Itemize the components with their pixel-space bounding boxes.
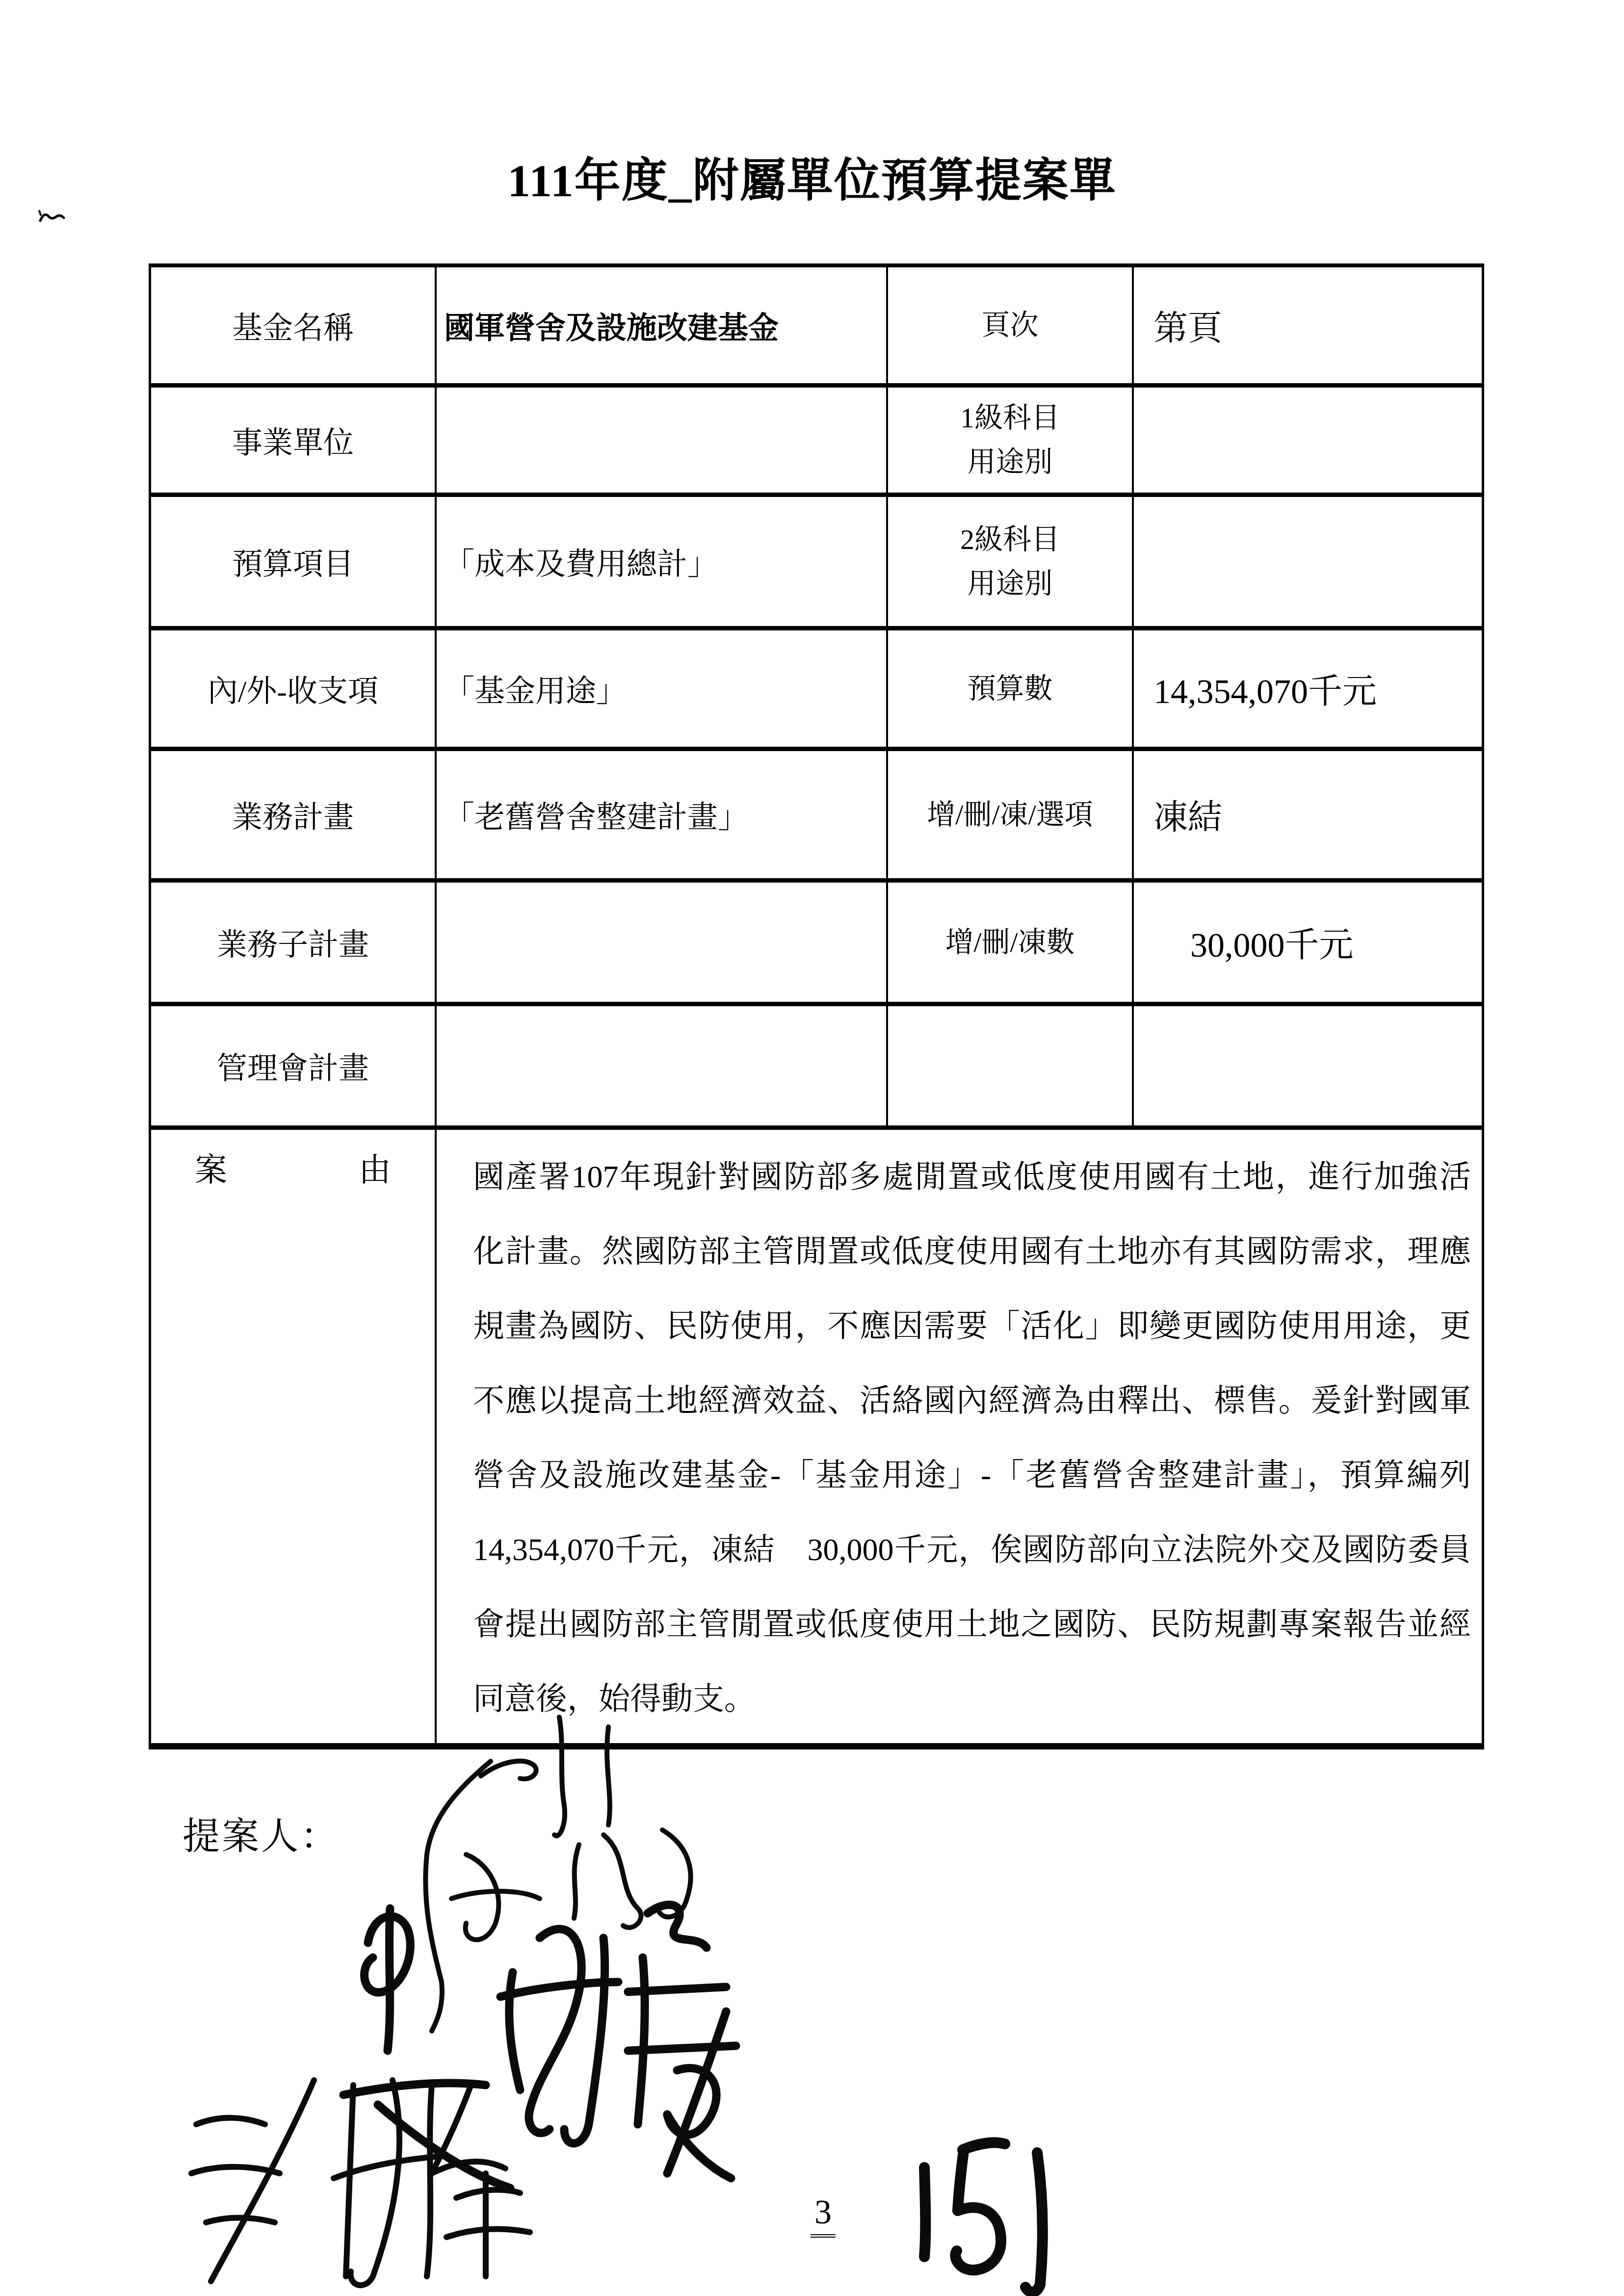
budget-amount-value: 14,354,070千元: [1134, 630, 1482, 751]
cell-text: 「成本及費用總計」: [444, 540, 718, 583]
scanned-budget-proposal-form: 111年度_附屬單位預算提案單 基金名稱 國軍營舍及設施改建基金 頁次 第頁 事…: [0, 0, 1624, 2296]
level1-subject-value: [1134, 388, 1482, 497]
field-line2: 用途別: [967, 562, 1052, 606]
page-number: 3: [811, 2193, 836, 2238]
empty-field-label: [888, 1006, 1134, 1130]
cell-text: 凍結: [1153, 790, 1222, 839]
field-line1: 2級科目: [960, 518, 1060, 562]
case-line: 營舍及設施改建基金-「基金用途」-「老舊營舍整建計畫」，預算編列: [473, 1438, 1471, 1513]
field-line1: 增/刪/凍/選項: [927, 793, 1093, 837]
management-plan-label: 管理會計畫: [151, 1006, 437, 1130]
case-line: 會提出國防部主管閒置或低度使用土地之國防、民防規劃專案報告並經: [473, 1587, 1471, 1662]
budget-item-value: 「成本及費用總計」: [437, 497, 888, 630]
level1-subject-label: 1級科目 用途別: [888, 388, 1134, 497]
field-line1: 1級科目: [960, 396, 1060, 440]
case-reason-text: 國產署107年現針對國防部多處閒置或低度使用國有土地，進行加強活 化計畫。然國防…: [437, 1130, 1482, 1743]
freeze-count-label: 增/刪/凍數: [888, 883, 1134, 1006]
scan-speck-icon: [38, 205, 70, 227]
field-line1: 頁次: [981, 303, 1038, 347]
cell-text: 國軍營舍及設施改建基金: [444, 304, 779, 347]
cell-text: 案由: [195, 1144, 391, 1190]
in-out-item-value: 「基金用途」: [437, 630, 888, 751]
cell-text: 預算項目: [232, 540, 354, 583]
business-unit-value: [437, 388, 888, 497]
field-line2: 用途別: [967, 440, 1052, 484]
empty-field-value: [1134, 1006, 1482, 1130]
case-line: 化計畫。然國防部主管閒置或低度使用國有土地亦有其國防需求，理應: [473, 1214, 1471, 1289]
business-subplan-value: [437, 883, 888, 1006]
proposer-signatures: [147, 1693, 834, 2296]
case-line: 14,354,070千元，凍結 30,000千元，俟國防部向立法院外交及國防委員: [473, 1513, 1471, 1587]
cell-text: 14,354,070千元: [1153, 664, 1377, 713]
case-reason-label: 案由: [151, 1130, 437, 1743]
budget-table: 基金名稱 國軍營舍及設施改建基金 頁次 第頁 事業單位 1級科目 用途別 預算項…: [149, 263, 1484, 1749]
business-subplan-label: 業務子計畫: [151, 883, 437, 1006]
page-field-label: 頁次: [888, 267, 1134, 388]
fund-name-label: 基金名稱: [151, 267, 437, 388]
level2-subject-value: [1134, 497, 1482, 630]
level2-subject-label: 2級科目 用途別: [888, 497, 1134, 630]
field-line1: 預算數: [967, 667, 1052, 711]
cell-text: 基金名稱: [232, 304, 354, 347]
cell-text: 業務計畫: [232, 793, 354, 836]
cell-text: 「基金用途」: [444, 667, 627, 710]
cell-text: 管理會計畫: [217, 1044, 369, 1088]
field-line1: 增/刪/凍數: [945, 920, 1074, 965]
cell-text: 第頁: [1153, 301, 1222, 350]
case-line: 規畫為國防、民防使用，不應因需要「活化」即變更國防使用用途，更: [473, 1289, 1471, 1363]
page-title: 111年度_附屬單位預算提案單: [0, 143, 1624, 209]
management-plan-value: [437, 1006, 888, 1130]
case-line: 不應以提高土地經濟效益、活絡國內經濟為由釋出、標售。爰針對國軍: [473, 1363, 1471, 1438]
freeze-count-value: 30,000千元: [1134, 883, 1482, 1006]
cell-text: 30,000千元: [1190, 917, 1354, 967]
cell-text: 事業單位: [232, 418, 354, 462]
cell-text: 內/外-收支項: [208, 667, 378, 710]
signature-2: [343, 1905, 736, 2188]
page-field-value: 第頁: [1134, 267, 1482, 388]
business-plan-value: 「老舊營舍整建計畫」: [437, 751, 888, 883]
handwritten-number-151: 151: [911, 2137, 1058, 2296]
in-out-item-label: 內/外-收支項: [151, 630, 437, 751]
cell-text: 業務子計畫: [217, 920, 369, 964]
add-delete-freeze-option-label: 增/刪/凍/選項: [888, 751, 1134, 883]
business-unit-label: 事業單位: [151, 388, 437, 497]
fund-name-value: 國軍營舍及設施改建基金: [437, 267, 888, 388]
add-delete-freeze-option-value: 凍結: [1134, 751, 1482, 883]
signature-3: [191, 2080, 530, 2285]
budget-item-label: 預算項目: [151, 497, 437, 630]
business-plan-label: 業務計畫: [151, 751, 437, 883]
cell-text: 「老舊營舍整建計畫」: [444, 793, 748, 836]
budget-amount-label: 預算數: [888, 630, 1134, 751]
case-line: 國產署107年現針對國防部多處閒置或低度使用國有土地，進行加強活: [473, 1140, 1471, 1214]
